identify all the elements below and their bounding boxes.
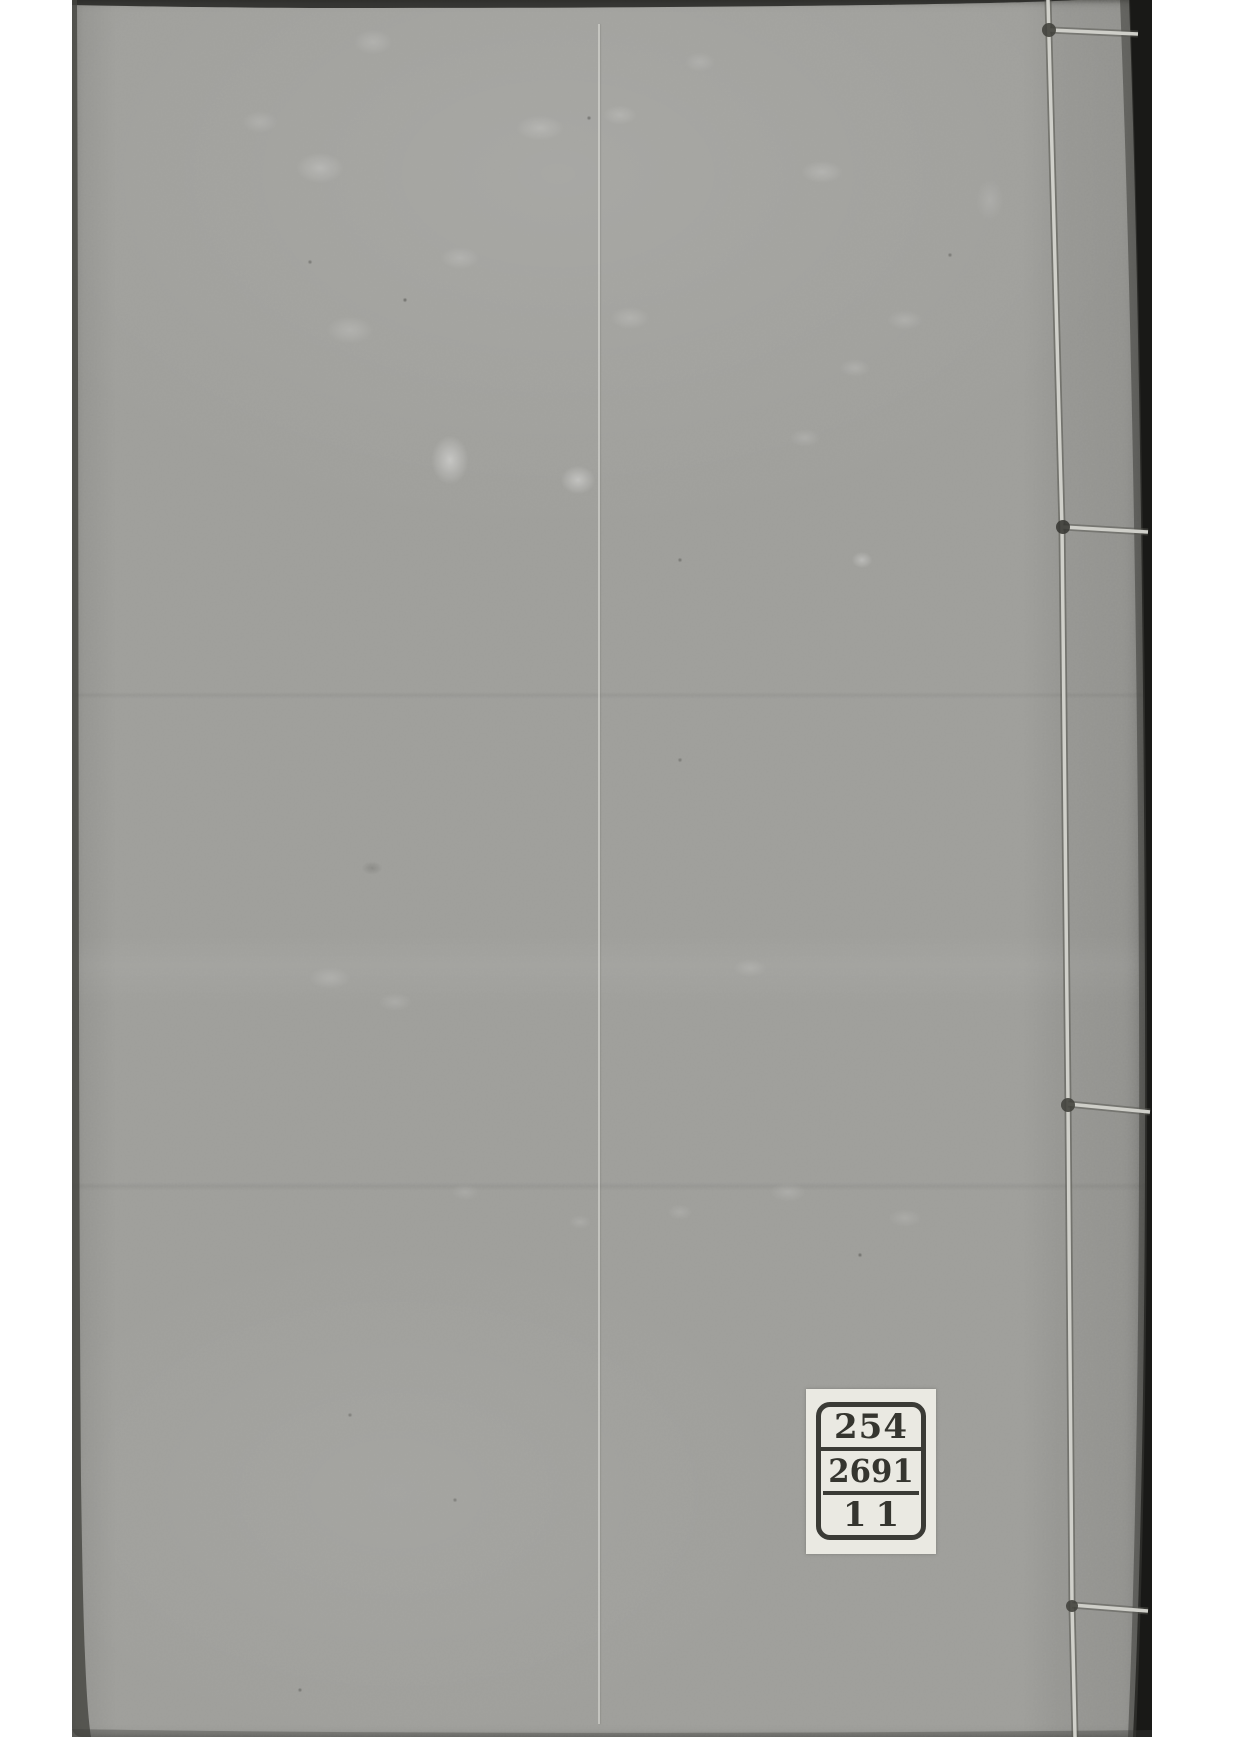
shelf-label: 254 2691 11 — [806, 1389, 936, 1554]
shelf-number-3: 11 — [843, 1498, 908, 1532]
bottom-edge-shadow — [72, 1729, 1152, 1737]
binding-and-edges — [72, 0, 1152, 1737]
shelf-label-row-1: 254 — [821, 1407, 921, 1451]
left-edge-shadow — [72, 0, 91, 1737]
shelf-label-frame: 254 2691 11 — [816, 1402, 926, 1540]
shelf-label-row-2: 2691 — [823, 1451, 919, 1495]
top-edge-shadow — [72, 0, 1077, 8]
shelf-number-2: 2691 — [828, 1455, 914, 1487]
binding-stitch-lower — [1061, 1098, 1150, 1112]
book-cover: 254 2691 11 — [72, 0, 1152, 1737]
scanned-page: 254 2691 11 — [0, 0, 1240, 1752]
shelf-label-row-3: 11 — [821, 1495, 921, 1535]
shelf-number-1: 254 — [834, 1410, 908, 1444]
